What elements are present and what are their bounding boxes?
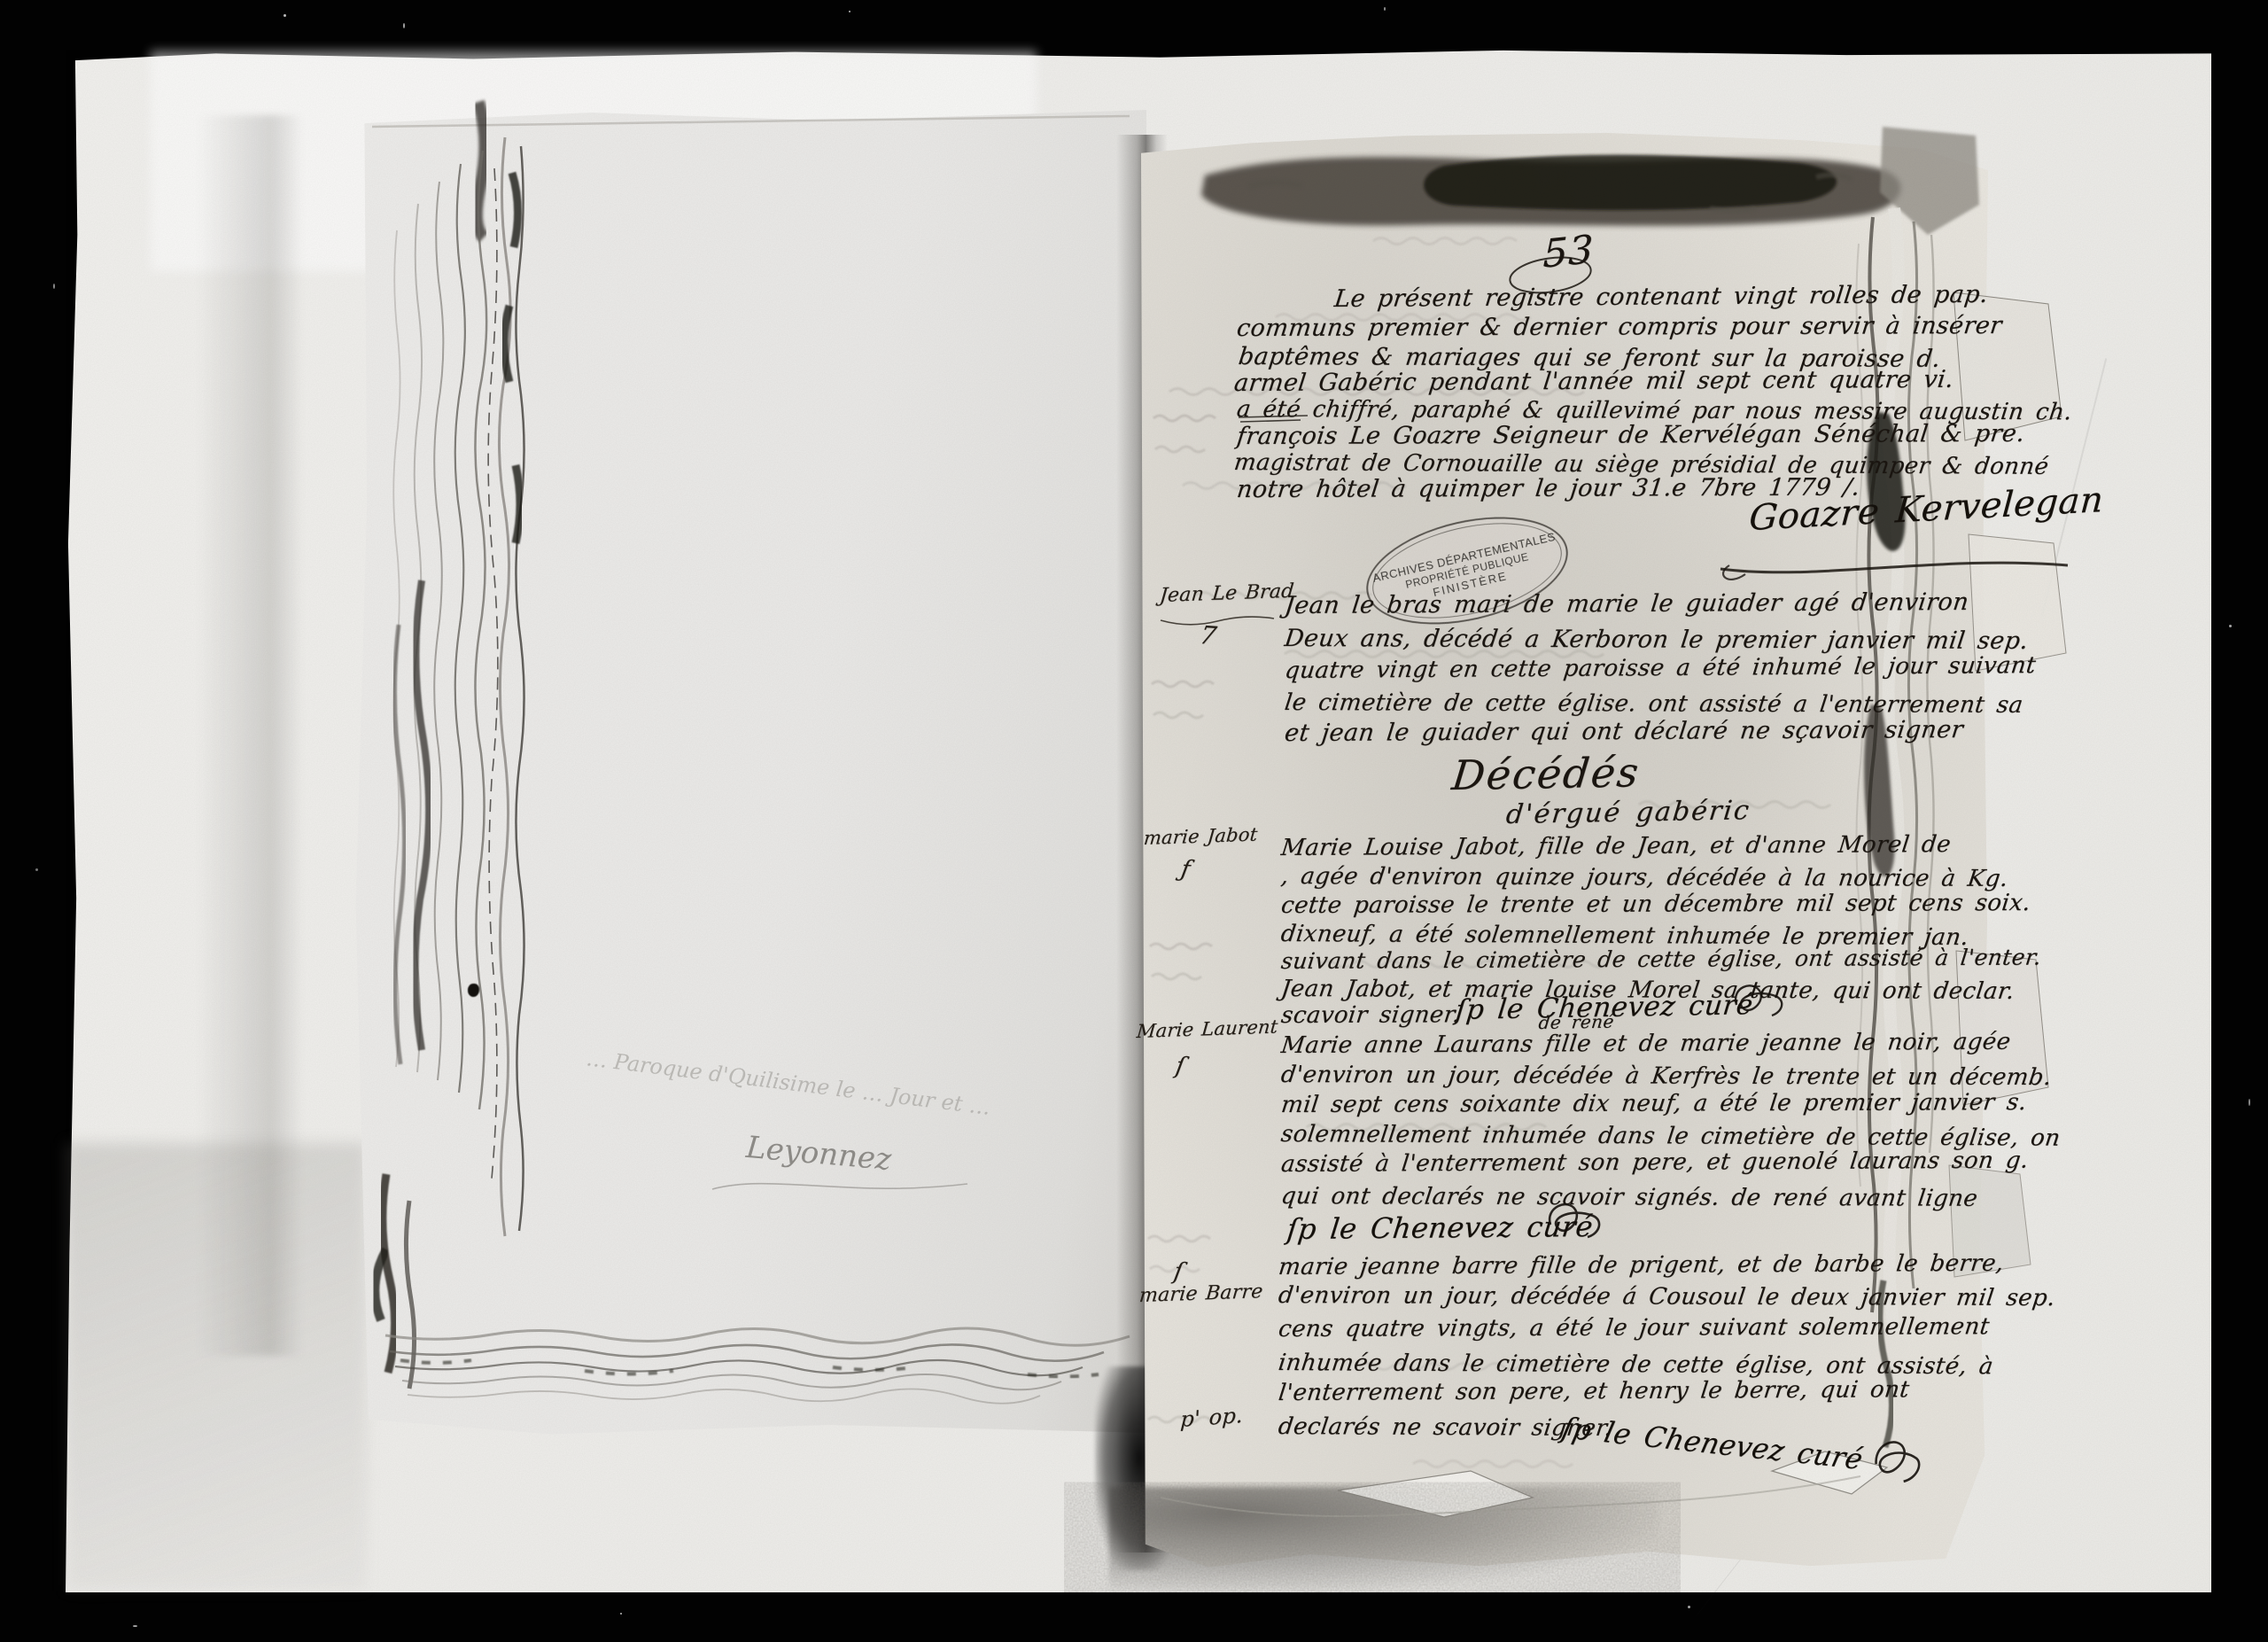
dust-speck	[849, 11, 850, 12]
dust-speck	[2249, 1099, 2250, 1106]
dust-speck	[1688, 1606, 1690, 1608]
dust-speck	[283, 14, 286, 17]
microfilm-photo-frame: … Paroque d'Quilisime le … Jour et … Ley…	[0, 0, 2268, 1642]
dust-speck	[2229, 625, 2232, 627]
dust-speck	[403, 23, 405, 28]
dust-speck	[53, 284, 55, 289]
dust-speck	[35, 868, 38, 871]
dust-speck	[133, 1625, 137, 1627]
dust-speck	[620, 1613, 622, 1615]
film-grain	[66, 50, 2211, 1592]
dust-speck	[1384, 7, 1386, 11]
